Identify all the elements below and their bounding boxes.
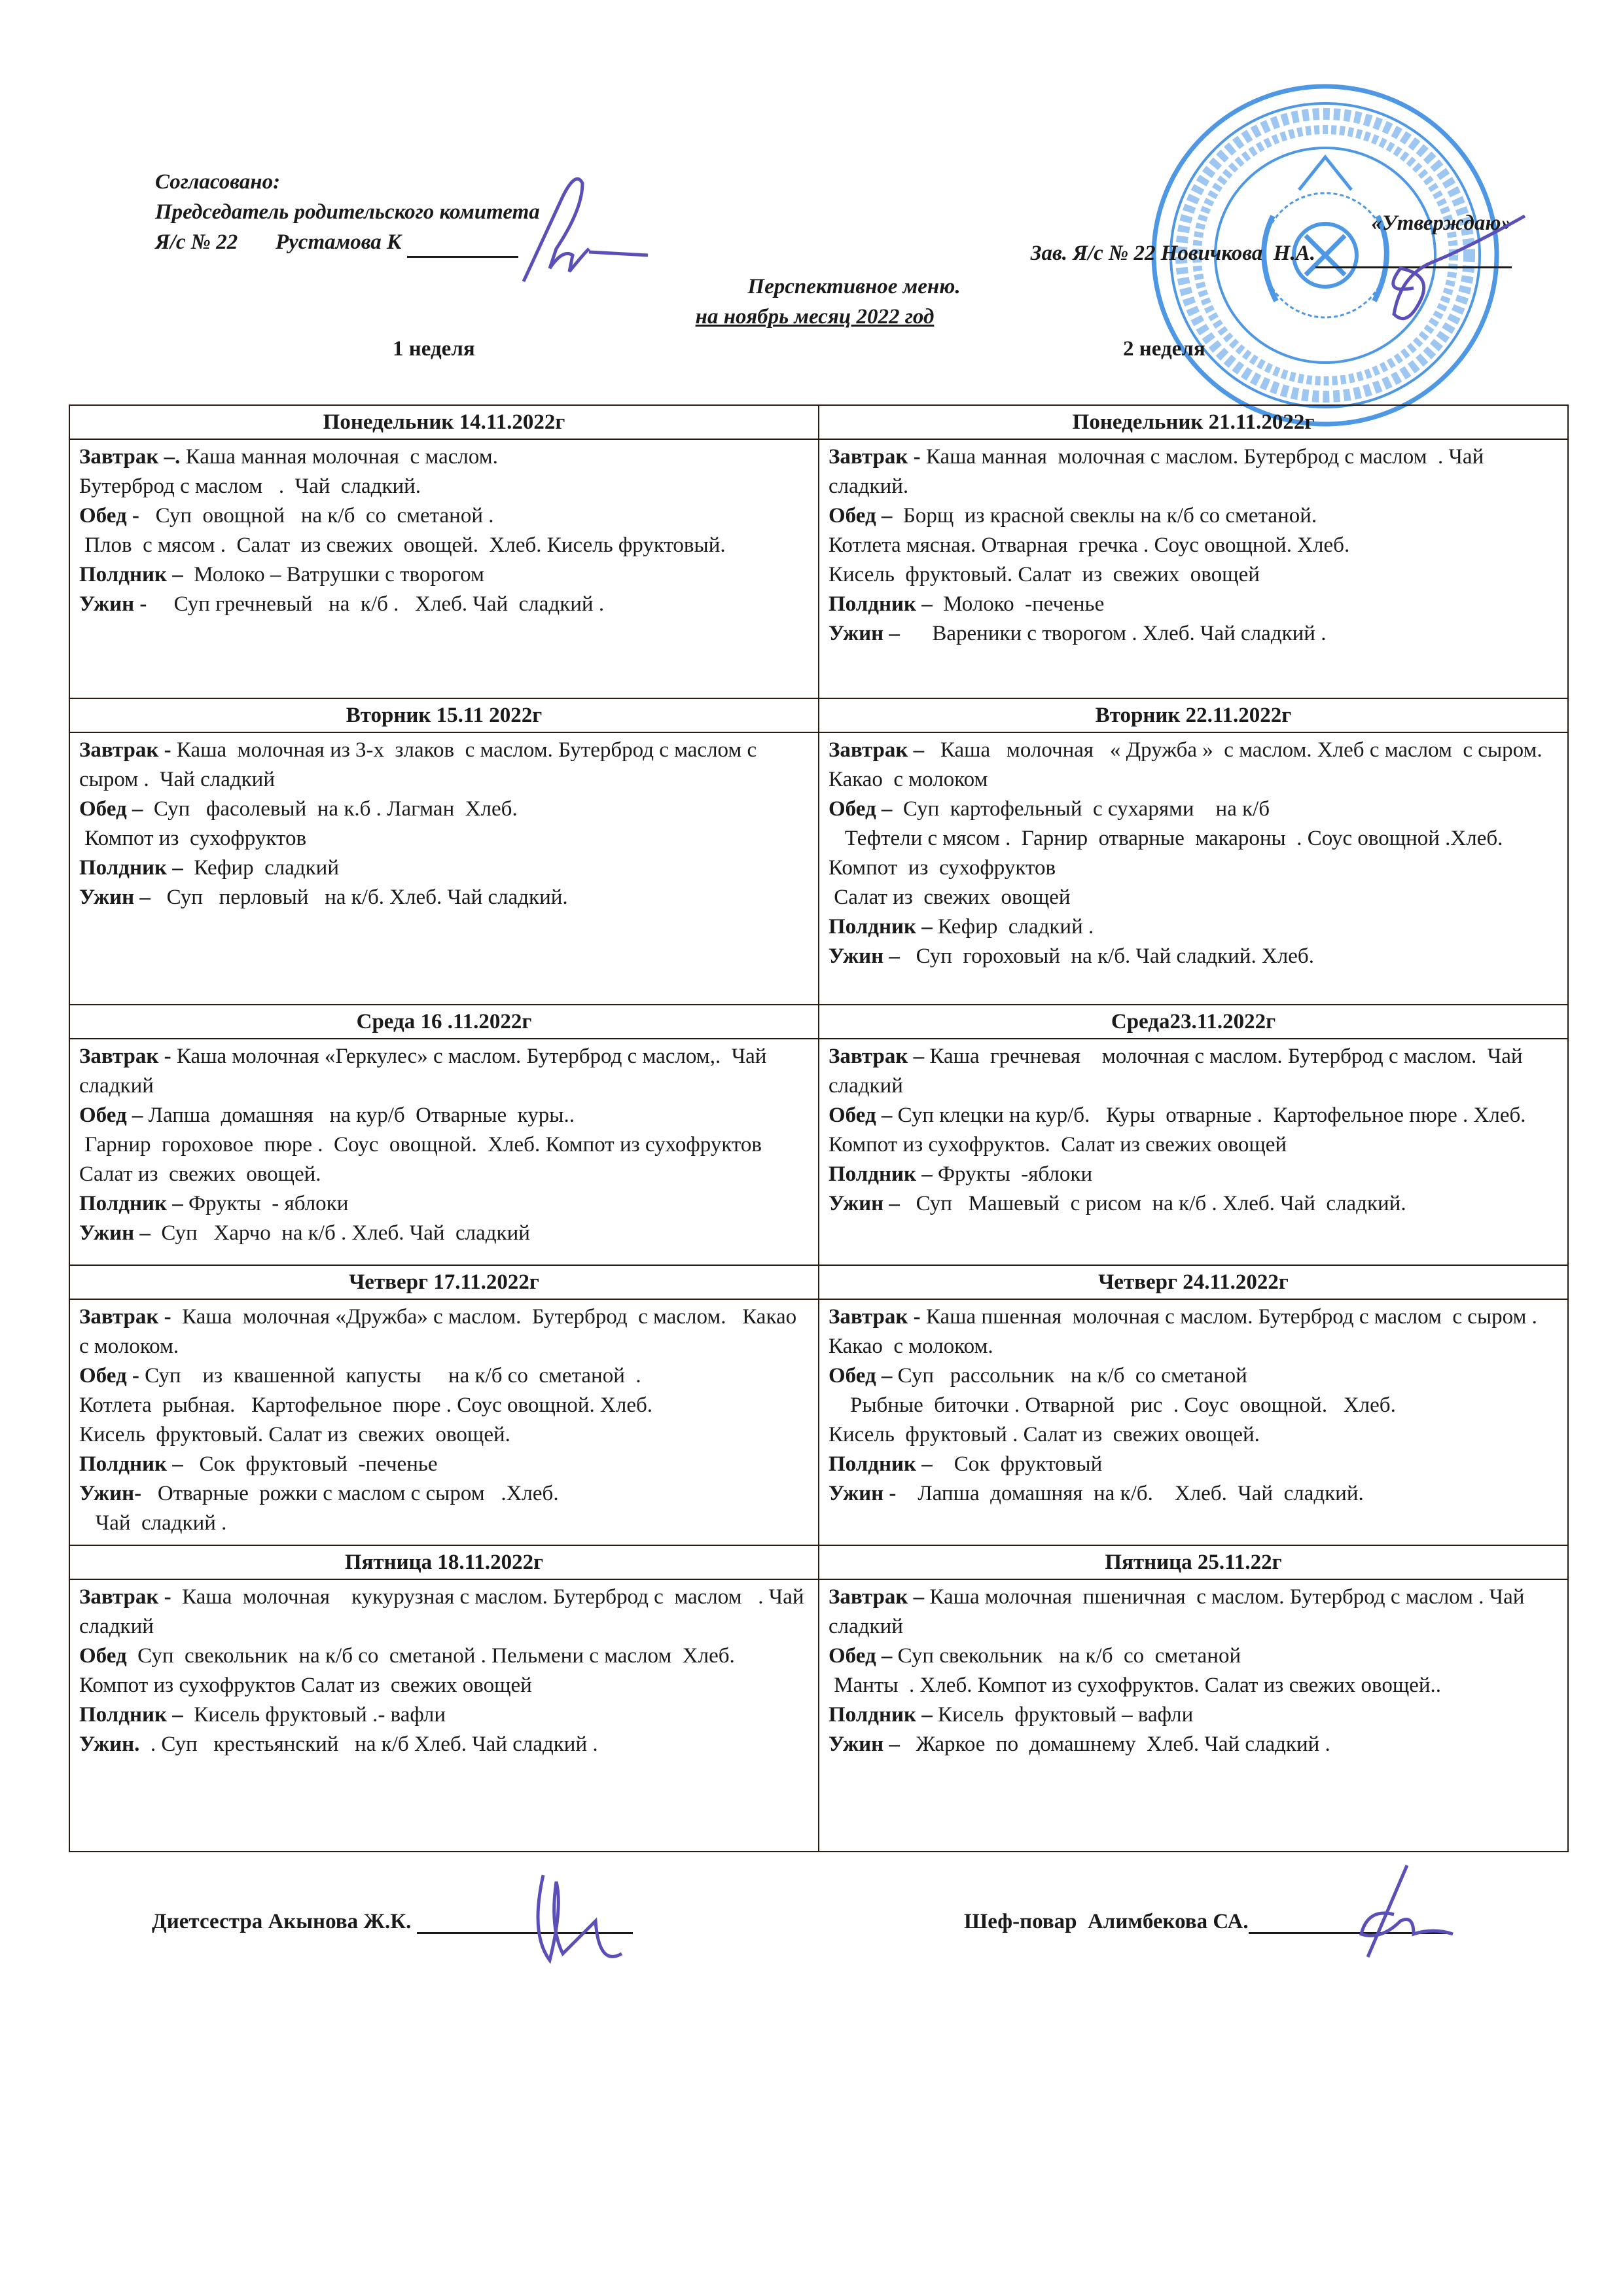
meal-label: Завтрак – <box>829 738 924 762</box>
meal-entry: Ужин - Суп гречневый на к/б . Хлеб. Чай … <box>79 590 809 619</box>
meal-label: Полдник – <box>829 915 933 939</box>
document-title: Перспективное меню. на ноябрь месяц 2022… <box>0 272 1623 332</box>
meal-dishes: Кисель фруктовый – вафли <box>933 1703 1194 1727</box>
approval-block: «Утверждаю» Зав. Я/с № 22 Новичкова Н.А. <box>1031 208 1512 268</box>
meal-dishes: Борщ из красной свеклы на к/б со сметано… <box>829 504 1349 586</box>
meal-label: Обед – <box>829 1103 892 1127</box>
title-main: Перспективное меню. <box>0 272 1623 302</box>
day-header-row: Вторник 15.11 2022гВторник 22.11.2022г <box>69 698 1568 732</box>
meal-label: Ужин – <box>829 1192 900 1215</box>
meal-entry: Полдник – Кисель фруктовый – вафли <box>829 1700 1558 1730</box>
meal-label: Ужин - <box>79 592 147 616</box>
meal-dishes: Каша молочная кукурузная с маслом. Бутер… <box>79 1585 810 1638</box>
meal-dishes: Молоко -печенье <box>933 592 1105 616</box>
meal-dishes: Сок фруктовый -печенье <box>183 1452 438 1476</box>
committee-signature-line: Я/с № 22 Рустамова К <box>155 227 540 257</box>
day-menu-cell: Завтрак - Каша молочная из 3-х злаков с … <box>69 732 819 1005</box>
meal-entry: Обед – Суп фасолевый на к.б . Лагман Хле… <box>79 795 809 853</box>
meal-entry: Полдник – Кефир сладкий <box>79 853 809 883</box>
meal-entry: Обед - Суп из квашенной капусты на к/б с… <box>79 1361 809 1450</box>
meal-label: Ужин – <box>79 1221 151 1245</box>
meal-entry: Обед – Лапша домашняя на кур/б Отварные … <box>79 1101 809 1189</box>
day-menu-cell: Завтрак - Каша молочная «Геркулес» с мас… <box>69 1039 819 1265</box>
meal-label: Завтрак - <box>79 738 171 762</box>
meal-label: Полдник – <box>829 1452 933 1476</box>
meal-dishes: Суп картофельный с сухарями на к/б Тефте… <box>829 797 1508 909</box>
meal-entry: Ужин – Суп Машевый с рисом на к/б . Хлеб… <box>829 1189 1558 1219</box>
day-menu-cell: Завтрак – Каша гречневая молочная с масл… <box>819 1039 1568 1265</box>
meal-dishes: Кефир сладкий <box>183 856 339 880</box>
day-menu-cell: Завтрак – Каша молочная пшеничная с масл… <box>819 1579 1568 1852</box>
meal-label: Завтрак – <box>829 1585 924 1609</box>
meal-entry: Завтрак –. Каша манная молочная с маслом… <box>79 442 809 501</box>
meal-label: Полдник – <box>829 1703 933 1727</box>
meal-entry: Полдник – Кисель фруктовый .- вафли <box>79 1700 809 1730</box>
head-name: Зав. Я/с № 22 Новичкова Н.А. <box>1031 242 1315 265</box>
meal-label: Ужин- <box>79 1482 141 1505</box>
meal-dishes: Суп фасолевый на к.б . Лагман Хлеб. Комп… <box>79 797 518 850</box>
committee-name: Рустамова К <box>276 230 401 254</box>
meal-label: Полдник – <box>79 1192 183 1215</box>
day-menu-cell: Завтрак –. Каша манная молочная с маслом… <box>69 439 819 698</box>
meal-dishes: Суп Машевый с рисом на к/б . Хлеб. Чай с… <box>900 1192 1406 1215</box>
meal-label: Завтрак - <box>829 1305 921 1329</box>
meal-label: Обед – <box>79 797 143 821</box>
meal-entry: Ужин – Суп гороховый на к/б. Чай сладкий… <box>829 942 1558 971</box>
meal-label: Завтрак - <box>79 1585 171 1609</box>
meal-entry: Ужин – Жаркое по домашнему Хлеб. Чай сла… <box>829 1730 1558 1759</box>
meal-label: Обед - <box>79 1364 139 1388</box>
meal-dishes: Отварные рожки с маслом с сыром .Хлеб. Ч… <box>79 1482 559 1535</box>
dietitian-name: Диетсестра Акынова Ж.К. <box>152 1910 417 1933</box>
day-header-row: Среда 16 .11.2022гСреда23.11.2022г <box>69 1005 1568 1039</box>
meal-dishes: Лапша домашняя на кур/б Отварные куры.. … <box>79 1103 767 1186</box>
meal-dishes: Каша гречневая молочная с маслом. Бутерб… <box>829 1045 1533 1098</box>
meal-dishes: Суп свекольник на к/б со сметаной . Пель… <box>79 1644 740 1697</box>
meal-dishes: Каша пшенная молочная с маслом. Бутербро… <box>829 1305 1543 1358</box>
meal-dishes: Каша молочная « Дружба » с маслом. Хлеб … <box>829 738 1553 791</box>
meal-dishes: Молоко – Ватрушки с творогом <box>183 563 484 586</box>
meal-label: Ужин – <box>829 622 900 645</box>
meal-entry: Обед Суп свекольник на к/б со сметаной .… <box>79 1641 809 1700</box>
meal-label: Завтрак - <box>79 1305 171 1329</box>
meal-dishes: Каша манная молочная с маслом. Бутерброд… <box>829 445 1495 498</box>
day-heading: Понедельник 21.11.2022г <box>819 405 1568 439</box>
day-menu-cell: Завтрак - Каша молочная кукурузная с мас… <box>69 1579 819 1852</box>
day-menu-row: Завтрак - Каша молочная «Дружба» с масло… <box>69 1299 1568 1545</box>
day-heading: Вторник 22.11.2022г <box>819 698 1568 732</box>
meal-entry: Ужин – Вареники с творогом . Хлеб. Чай с… <box>829 619 1558 649</box>
day-menu-cell: Завтрак - Каша молочная «Дружба» с масло… <box>69 1299 819 1545</box>
day-menu-row: Завтрак - Каша молочная кукурузная с мас… <box>69 1579 1568 1852</box>
menu-table: Понедельник 14.11.2022гПонедельник 21.11… <box>69 404 1569 1852</box>
meal-entry: Ужин – Суп Харчо на к/б . Хлеб. Чай слад… <box>79 1219 809 1248</box>
day-heading: Четверг 24.11.2022г <box>819 1265 1568 1299</box>
meal-dishes: Суп свекольник на к/б со сметаной Манты … <box>829 1644 1441 1697</box>
head-signature-line: Зав. Я/с № 22 Новичкова Н.А. <box>1031 238 1512 268</box>
meal-entry: Завтрак – Каша молочная « Дружба » с мас… <box>829 736 1558 795</box>
week-1-label: 1 неделя <box>393 337 475 361</box>
meal-dishes: Суп клецки на кур/б. Куры отварные . Кар… <box>829 1103 1531 1157</box>
meal-dishes: Суп гороховый на к/б. Чай сладкий. Хлеб. <box>900 944 1314 968</box>
meal-dishes: Кисель фруктовый .- вафли <box>183 1703 446 1727</box>
day-menu-cell: Завтрак - Каша манная молочная с маслом.… <box>819 439 1568 698</box>
meal-entry: Ужин. . Суп крестьянский на к/б Хлеб. Ча… <box>79 1730 809 1759</box>
meal-dishes: Жаркое по домашнему Хлеб. Чай сладкий . <box>900 1732 1330 1756</box>
meal-entry: Завтрак - Каша пшенная молочная с маслом… <box>829 1302 1558 1361</box>
chef-signature: Шеф-повар Алимбекова СА. <box>964 1910 1452 1934</box>
meal-label: Обед – <box>829 504 892 528</box>
meal-label: Завтрак - <box>79 1045 171 1068</box>
meal-entry: Завтрак - Каша молочная из 3-х злаков с … <box>79 736 809 795</box>
meal-dishes: Каша молочная «Геркулес» с маслом. Бутер… <box>79 1045 777 1098</box>
meal-dishes: . Суп крестьянский на к/б Хлеб. Чай слад… <box>139 1732 597 1756</box>
meal-entry: Обед - Суп овощной на к/б со сметаной . … <box>79 501 809 560</box>
meal-dishes: Фрукты -яблоки <box>933 1162 1092 1186</box>
agreed-label: Согласовано: <box>155 167 540 197</box>
meal-label: Обед – <box>829 1364 892 1388</box>
day-heading: Вторник 15.11 2022г <box>69 698 819 732</box>
meal-dishes: Суп гречневый на к/б . Хлеб. Чай сладкий… <box>147 592 604 616</box>
day-heading: Пятница 18.11.2022г <box>69 1545 819 1579</box>
dietitian-signature: Диетсестра Акынова Ж.К. <box>152 1910 633 1934</box>
meal-label: Ужин - <box>829 1482 896 1505</box>
meal-entry: Полдник – Фрукты - яблоки <box>79 1189 809 1219</box>
meal-label: Полдник – <box>79 1703 183 1727</box>
day-menu-row: Завтрак –. Каша манная молочная с маслом… <box>69 439 1568 698</box>
meal-dishes: Суп рассольник на к/б со сметаной Рыбные… <box>829 1364 1396 1446</box>
meal-entry: Полдник – Молоко – Ватрушки с творогом <box>79 560 809 590</box>
day-menu-row: Завтрак - Каша молочная из 3-х злаков с … <box>69 732 1568 1005</box>
meal-dishes: Каша молочная «Дружба» с маслом. Бутербр… <box>79 1305 808 1358</box>
meal-label: Обед – <box>829 1644 892 1668</box>
meal-entry: Завтрак - Каша манная молочная с маслом.… <box>829 442 1558 501</box>
meal-dishes: Суп Харчо на к/б . Хлеб. Чай сладкий <box>151 1221 530 1245</box>
committee-org: Я/с № 22 <box>155 230 238 254</box>
meal-label: Завтрак – <box>829 1045 924 1068</box>
meal-entry: Обед – Суп клецки на кур/б. Куры отварны… <box>829 1101 1558 1160</box>
meal-entry: Обед – Суп картофельный с сухарями на к/… <box>829 795 1558 912</box>
meal-dishes: Каша молочная пшеничная с маслом. Бутерб… <box>829 1585 1535 1638</box>
day-heading: Среда 16 .11.2022г <box>69 1005 819 1039</box>
day-header-row: Пятница 18.11.2022гПятница 25.11.22г <box>69 1545 1568 1579</box>
meal-label: Ужин – <box>829 1732 900 1756</box>
meal-entry: Завтрак - Каша молочная «Геркулес» с мас… <box>79 1042 809 1101</box>
meal-label: Обед – <box>79 1103 143 1127</box>
meal-entry: Завтрак - Каша молочная кукурузная с мас… <box>79 1583 809 1641</box>
day-heading: Четверг 17.11.2022г <box>69 1265 819 1299</box>
day-menu-cell: Завтрак – Каша молочная « Дружба » с мас… <box>819 732 1568 1005</box>
meal-label: Завтрак - <box>829 445 921 469</box>
meal-entry: Ужин- Отварные рожки с маслом с сыром .Х… <box>79 1479 809 1538</box>
meal-dishes: Кефир сладкий . <box>933 915 1094 939</box>
committee-title: Председатель родительского комитета <box>155 197 540 227</box>
meal-entry: Обед – Суп рассольник на к/б со сметаной… <box>829 1361 1558 1450</box>
meal-entry: Полдник – Фрукты -яблоки <box>829 1160 1558 1189</box>
meal-label: Полдник – <box>829 592 933 616</box>
meal-entry: Завтрак – Каша молочная пшеничная с масл… <box>829 1583 1558 1641</box>
meal-dishes: Лапша домашняя на к/б. Хлеб. Чай сладкий… <box>896 1482 1363 1505</box>
day-heading: Пятница 25.11.22г <box>819 1545 1568 1579</box>
signature-underline <box>1249 1912 1452 1934</box>
meal-label: Завтрак –. <box>79 445 180 469</box>
day-heading: Среда23.11.2022г <box>819 1005 1568 1039</box>
meal-label: Ужин. <box>79 1732 139 1756</box>
meal-dishes: Фрукты - яблоки <box>183 1192 349 1215</box>
meal-label: Обед – <box>829 797 892 821</box>
signature-underline <box>1315 247 1512 268</box>
meal-dishes: Суп перловый на к/б. Хлеб. Чай сладкий. <box>151 886 568 909</box>
day-header-row: Четверг 17.11.2022гЧетверг 24.11.2022г <box>69 1265 1568 1299</box>
chef-name: Шеф-повар Алимбекова СА. <box>964 1910 1249 1933</box>
day-heading: Понедельник 14.11.2022г <box>69 405 819 439</box>
meal-label: Ужин – <box>79 886 151 909</box>
signature-underline <box>417 1912 633 1934</box>
meal-label: Полдник – <box>79 563 183 586</box>
title-period: на ноябрь месяц 2022 год <box>689 305 935 329</box>
agreement-block: Согласовано: Председатель родительского … <box>155 167 540 258</box>
week-2-label: 2 неделя <box>1123 337 1205 361</box>
meal-entry: Завтрак – Каша гречневая молочная с масл… <box>829 1042 1558 1101</box>
meal-dishes: Сок фруктовый <box>933 1452 1103 1476</box>
day-menu-cell: Завтрак - Каша пшенная молочная с маслом… <box>819 1299 1568 1545</box>
meal-label: Полдник – <box>79 856 183 880</box>
meal-entry: Полдник – Молоко -печенье <box>829 590 1558 619</box>
meal-entry: Завтрак - Каша молочная «Дружба» с масло… <box>79 1302 809 1361</box>
approve-label: «Утверждаю» <box>1031 208 1512 238</box>
meal-label: Ужин – <box>829 944 900 968</box>
signature-underline <box>407 236 518 258</box>
meal-entry: Ужин – Суп перловый на к/б. Хлеб. Чай сл… <box>79 883 809 912</box>
meal-dishes: Вареники с творогом . Хлеб. Чай сладкий … <box>900 622 1327 645</box>
meal-dishes: Суп овощной на к/б со сметаной . Плов с … <box>79 504 726 557</box>
meal-label: Обед <box>79 1644 127 1668</box>
day-header-row: Понедельник 14.11.2022гПонедельник 21.11… <box>69 405 1568 439</box>
meal-entry: Полдник – Сок фруктовый -печенье <box>79 1450 809 1479</box>
meal-dishes: Каша молочная из 3-х злаков с маслом. Бу… <box>79 738 762 791</box>
meal-entry: Полдник – Сок фруктовый <box>829 1450 1558 1479</box>
meal-label: Полдник – <box>829 1162 933 1186</box>
day-menu-row: Завтрак - Каша молочная «Геркулес» с мас… <box>69 1039 1568 1265</box>
meal-entry: Полдник – Кефир сладкий . <box>829 912 1558 942</box>
meal-label: Обед - <box>79 504 139 528</box>
meal-entry: Ужин - Лапша домашняя на к/б. Хлеб. Чай … <box>829 1479 1558 1509</box>
meal-entry: Обед – Борщ из красной свеклы на к/б со … <box>829 501 1558 590</box>
meal-entry: Обед – Суп свекольник на к/б со сметаной… <box>829 1641 1558 1700</box>
meal-dishes: Суп из квашенной капусты на к/б со смета… <box>79 1364 652 1446</box>
meal-label: Полдник – <box>79 1452 183 1476</box>
